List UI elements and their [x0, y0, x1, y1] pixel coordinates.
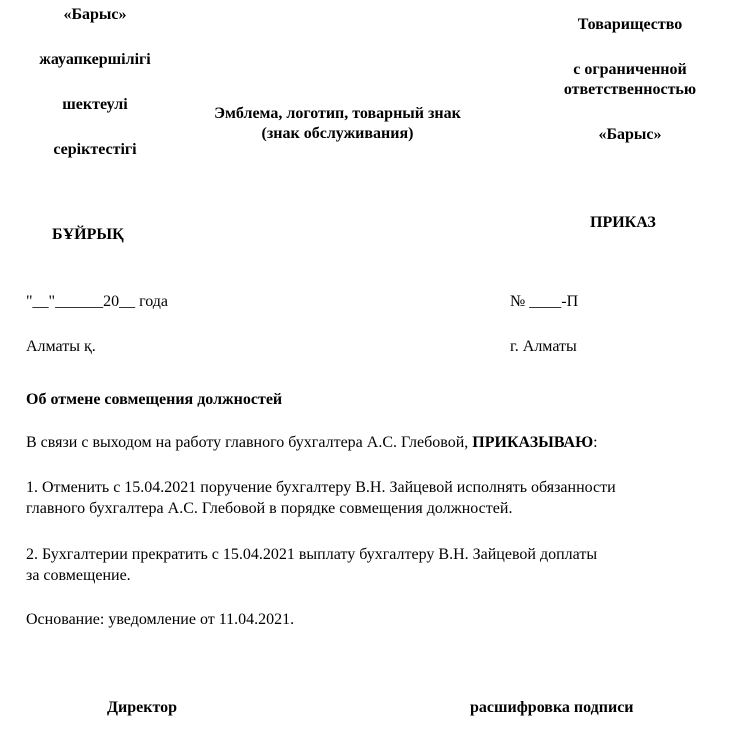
- order-item-1: 1. Отменить с 15.04.2021 поручение бухга…: [26, 477, 616, 519]
- company-name-kz: «Барыс» жауапкершілігі шектеулі серіктес…: [0, 6, 190, 161]
- city-ru: г. Алматы: [510, 338, 577, 356]
- company-name-kz-line: серіктестігі: [0, 141, 190, 161]
- company-name-ru-line: ответственностью: [530, 80, 730, 100]
- order-item-1-line1: 1. Отменить с 15.04.2021 поручение бухга…: [26, 477, 616, 498]
- order-intro: В связи с выходом на работу главного бух…: [26, 432, 598, 453]
- company-name-kz-line: «Барыс»: [0, 6, 190, 26]
- company-name-kz-line: шектеулі: [0, 96, 190, 116]
- signature-position: Директор: [107, 699, 177, 717]
- city-kz: Алматы қ.: [26, 338, 96, 356]
- order-directive: ПРИКАЗЫВАЮ: [472, 434, 593, 451]
- order-intro-end: :: [593, 434, 597, 451]
- order-item-2-line2: за совмещение.: [26, 565, 597, 586]
- company-name-ru-line: с ограниченной: [530, 60, 730, 80]
- order-intro-text: В связи с выходом на работу главного бух…: [26, 434, 472, 451]
- company-name-ru-line: Товарищество: [530, 15, 730, 35]
- doc-type-ru: ПРИКАЗ: [590, 214, 656, 232]
- company-name-ru: Товарищество с ограниченной ответственно…: [530, 15, 730, 145]
- order-subject: Об отмене совмещения должностей: [26, 389, 282, 410]
- order-item-2-line1: 2. Бухгалтерии прекратить с 15.04.2021 в…: [26, 544, 597, 565]
- company-name-ru-line: «Барыс»: [530, 125, 730, 145]
- order-number: № ____-П: [510, 293, 578, 311]
- order-basis: Основание: уведомление от 11.04.2021.: [26, 609, 294, 630]
- emblem-placeholder-line1: Эмблема, логотип, товарный знак: [180, 104, 495, 124]
- date-line: "__"______20__ года: [26, 293, 168, 311]
- order-item-2: 2. Бухгалтерии прекратить с 15.04.2021 в…: [26, 544, 597, 586]
- order-item-1-line2: главного бухгалтера А.С. Глебовой в поря…: [26, 498, 616, 519]
- company-name-kz-line: жауапкершілігі: [0, 51, 190, 71]
- doc-type-kz: БҰЙРЫҚ: [52, 226, 124, 244]
- signature-decoding: расшифровка подписи: [470, 699, 634, 717]
- emblem-placeholder: Эмблема, логотип, товарный знак (знак об…: [180, 104, 495, 144]
- emblem-placeholder-line2: (знак обслуживания): [180, 124, 495, 144]
